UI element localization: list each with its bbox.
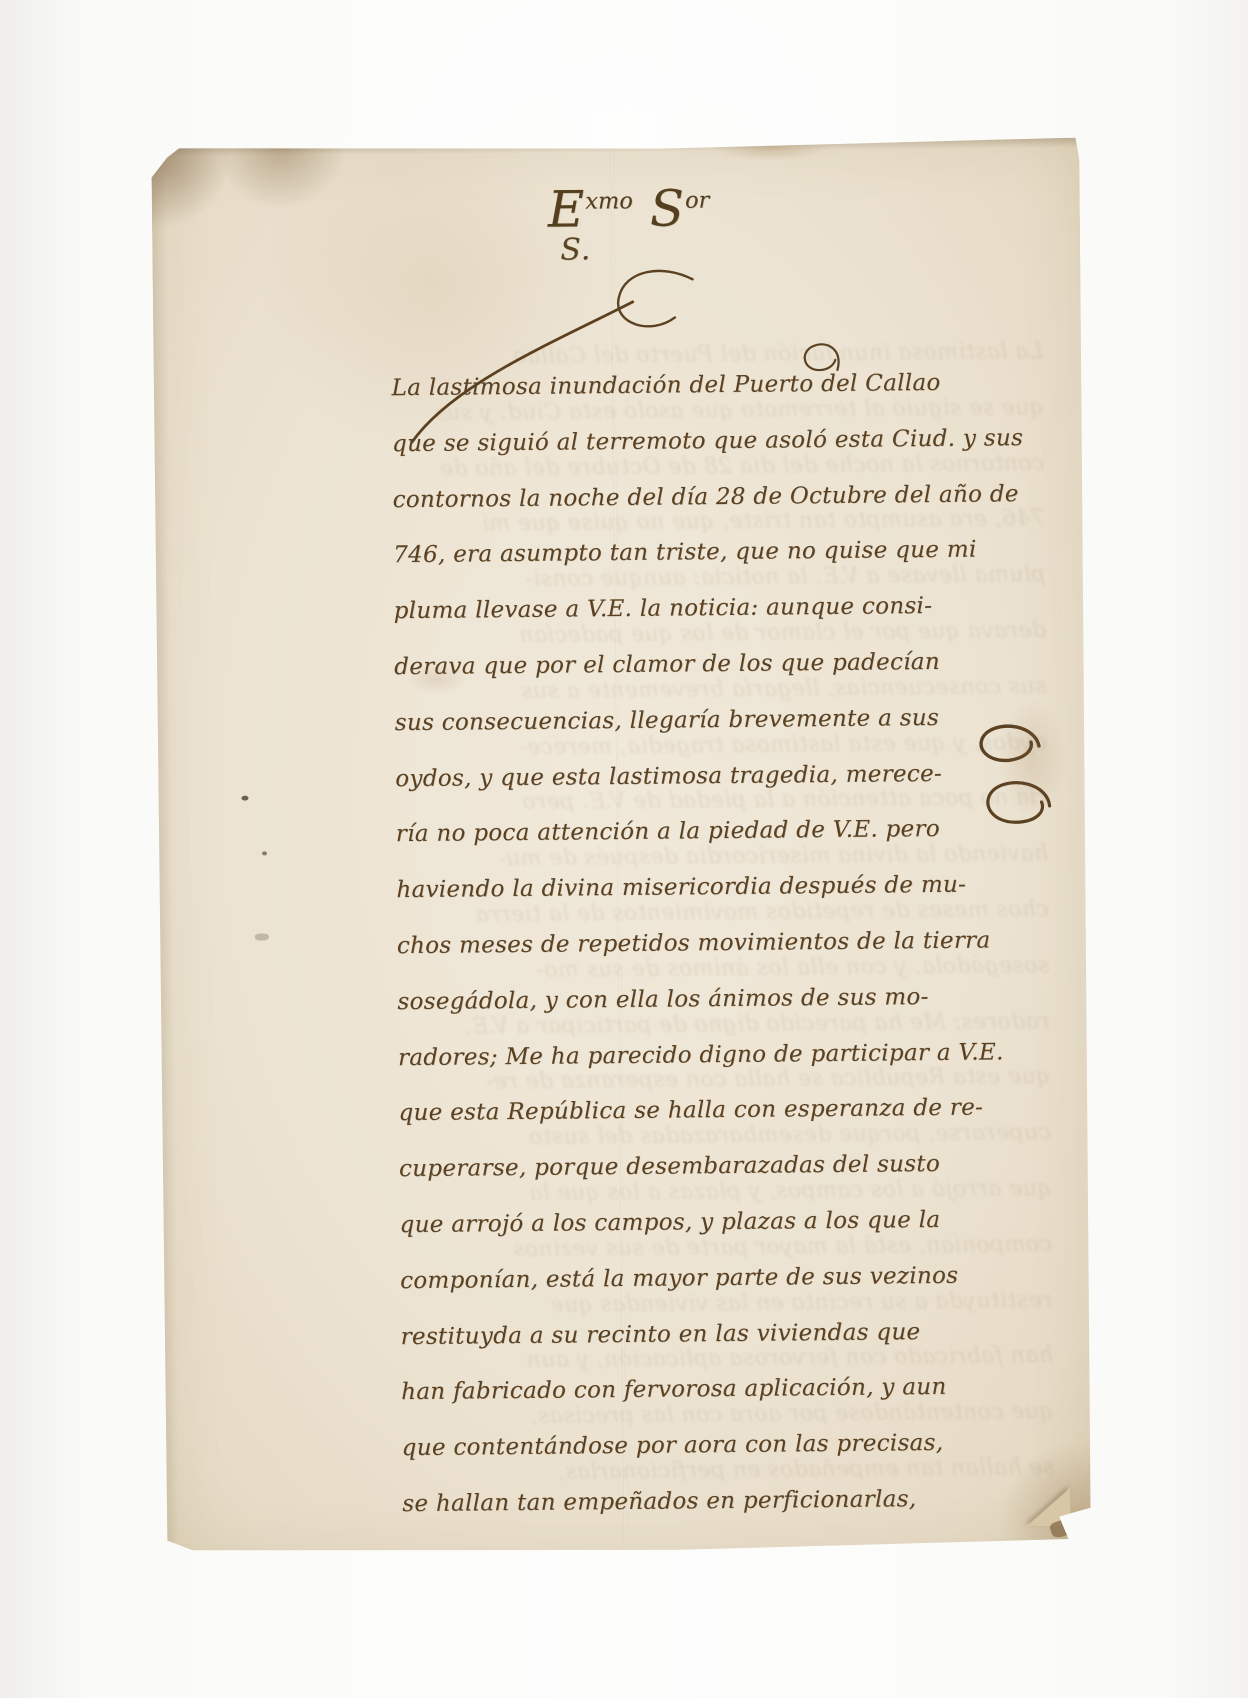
manuscript-line: chos meses de repetidos movimientos de l… [397, 913, 1029, 975]
salutation-flourish-text: S. [560, 232, 591, 267]
paper-stain [711, 134, 831, 161]
manuscript-line: haviendo la divina misericordia después … [396, 857, 1028, 919]
manuscript-line: se hallan tan empeñados en perficionarla… [402, 1471, 1034, 1533]
manuscript-line: pluma llevase a V.E. la noticia: aunque … [393, 578, 1025, 640]
manuscript-line: ría no poca attención a la piedad de V.E… [396, 801, 1028, 863]
manuscript-line: restituyda a su recinto en las viviendas… [400, 1304, 1032, 1366]
ink-speck [255, 933, 269, 940]
folded-corner-flap [1026, 1488, 1070, 1526]
manuscript-line: radores; Me ha parecido digno de partici… [398, 1025, 1030, 1087]
paper-stain [997, 698, 1068, 819]
manuscript-line: han fabricado con fervorosa aplicación, … [401, 1359, 1033, 1421]
manuscript-line: que contentándose por aora con las preci… [401, 1415, 1033, 1477]
manuscript-line: contornos la noche del día 28 de Octubre… [392, 467, 1024, 529]
ink-speck [241, 796, 248, 801]
ink-speck [262, 851, 267, 855]
manuscript-line: 746, era asumpto tan triste, que no quis… [393, 523, 1025, 585]
manuscript-line: oydos, y que esta lastimosa tragedia, me… [395, 746, 1027, 808]
manuscript-line: cuperarse, porque desembarazadas del sus… [399, 1136, 1031, 1198]
manuscript-line: sosegádola, y con ella los ánimos de sus… [397, 969, 1029, 1031]
manuscript-line: derava que por el clamor de los que pade… [394, 634, 1026, 696]
manuscript-line: La lastimosa inundación del Puerto del C… [391, 355, 1023, 417]
photograph-background: La lastimosa inundación del Puerto del C… [0, 0, 1248, 1698]
salutation-superscript: or [685, 187, 710, 213]
salutation: Exmo Sor S. [548, 179, 710, 239]
salutation-initial: E [548, 180, 586, 238]
folded-corner [1024, 1486, 1070, 1526]
manuscript-page: La lastimosa inundación del Puerto del C… [151, 138, 1093, 1561]
manuscript-line: que esta República se halla con esperanz… [398, 1080, 1030, 1142]
manuscript-line: que arrojó a los campos, y plazas a los … [399, 1192, 1031, 1254]
manuscript-line: componían, está la mayor parte de sus ve… [400, 1248, 1032, 1310]
salutation-senor: S [650, 179, 686, 237]
salutation-superscript: xmo [585, 188, 633, 214]
manuscript-line: que se siguió al terremoto que asoló est… [392, 411, 1024, 473]
manuscript-line: sus consecuencias, llegaría brevemente a… [395, 690, 1027, 752]
manuscript-text: La lastimosa inundación del Puerto del C… [391, 355, 1033, 1533]
